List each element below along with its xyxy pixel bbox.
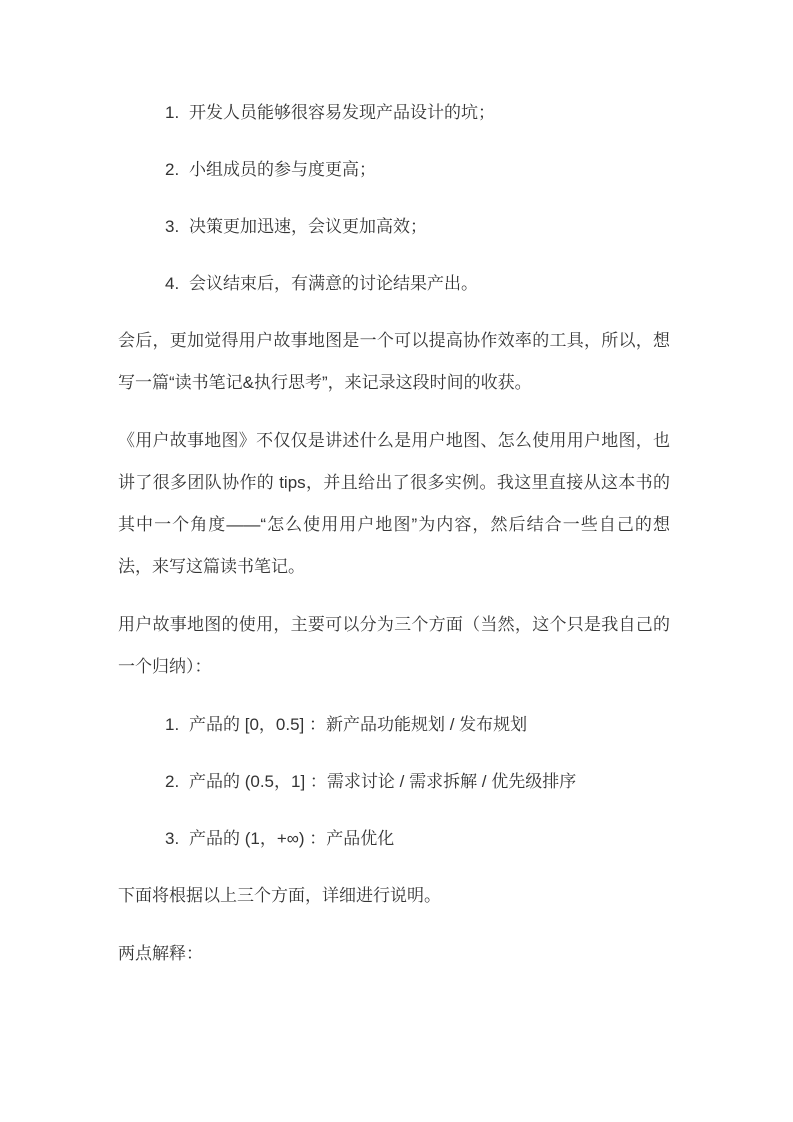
ordered-list-aspects: 1.产品的 [0，0.5] ：新产品功能规划 / 发布规划 2.产品的 (0.5…: [118, 704, 670, 860]
list-item-text: 决策更加迅速，会议更加高效；: [189, 217, 427, 236]
list-item-text: 会议结束后，有满意的讨论结果产出。: [189, 274, 478, 293]
list-item-text: 产品的 [0，0.5] ：新产品功能规划 / 发布规划: [189, 715, 527, 734]
list-item: 2.产品的 (0.5，1] ：需求讨论 / 需求拆解 / 优先级排序: [165, 761, 670, 803]
list-item-text: 产品的 (0.5，1] ：需求讨论 / 需求拆解 / 优先级排序: [189, 772, 576, 791]
list-item: 3.产品的 (1，+∞) ：产品优化: [165, 818, 670, 860]
paragraph-afterthoughts: 会后，更加觉得用户故事地图是一个可以提高协作效率的工具，所以，想写一篇“读书笔记…: [118, 320, 670, 404]
list-item: 4.会议结束后，有满意的讨论结果产出。: [165, 263, 670, 305]
paragraph-book-intro: 《用户故事地图》不仅仅是讲述什么是用户地图、怎么使用用户地图，也讲了很多团队协作…: [118, 420, 670, 588]
list-item-number: 4.: [165, 263, 189, 305]
list-item-number: 2.: [165, 761, 189, 803]
list-item: 3.决策更加迅速，会议更加高效；: [165, 206, 670, 248]
list-item-text: 小组成员的参与度更高；: [189, 160, 376, 179]
list-item-number: 1.: [165, 92, 189, 134]
document-page: 1.开发人员能够很容易发现产品设计的坑； 2.小组成员的参与度更高； 3.决策更…: [0, 0, 793, 1122]
document-content: 1.开发人员能够很容易发现产品设计的坑； 2.小组成员的参与度更高； 3.决策更…: [0, 0, 793, 975]
paragraph-three-aspects-intro: 用户故事地图的使用，主要可以分为三个方面（当然，这个只是我自己的一个归纳）：: [118, 604, 670, 688]
paragraph-two-notes: 两点解释：: [118, 933, 670, 975]
list-item-number: 1.: [165, 704, 189, 746]
list-item-number: 3.: [165, 818, 189, 860]
list-item-text: 开发人员能够很容易发现产品设计的坑；: [189, 103, 495, 122]
list-item-text: 产品的 (1，+∞) ：产品优化: [189, 829, 394, 848]
paragraph-explain-next: 下面将根据以上三个方面，详细进行说明。: [118, 875, 670, 917]
list-item-number: 3.: [165, 206, 189, 248]
list-item: 1.产品的 [0，0.5] ：新产品功能规划 / 发布规划: [165, 704, 670, 746]
ordered-list-benefits: 1.开发人员能够很容易发现产品设计的坑； 2.小组成员的参与度更高； 3.决策更…: [118, 92, 670, 305]
list-item: 2.小组成员的参与度更高；: [165, 149, 670, 191]
list-item: 1.开发人员能够很容易发现产品设计的坑；: [165, 92, 670, 134]
list-item-number: 2.: [165, 149, 189, 191]
